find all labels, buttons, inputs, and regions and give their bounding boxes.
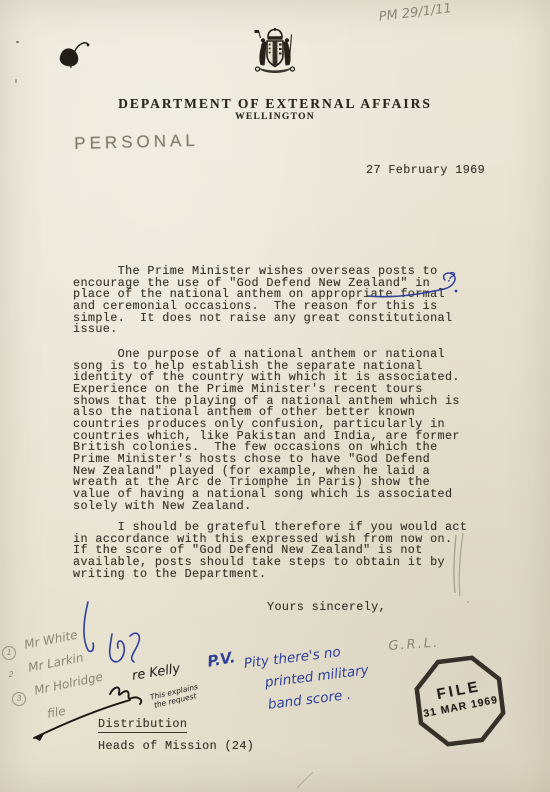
nz-coat-of-arms-icon xyxy=(245,28,305,82)
recipient-number-1-label: 1 xyxy=(7,648,11,657)
paragraph-2: One purpose of a national anthem or nati… xyxy=(73,349,460,512)
distribution-heading: Distribution xyxy=(98,719,187,731)
letter-page: PM 29/1/11 xyxy=(0,0,550,792)
grl-initials: G.R.L. xyxy=(388,635,440,654)
recipient-number-2-label: 2 xyxy=(9,670,13,679)
recipient-name-2: Mr Larkin xyxy=(27,650,85,674)
pm-reference-note: PM 29/1/11 xyxy=(378,1,453,25)
scan-speck xyxy=(16,41,19,43)
paragraph-3: I should be grateful therefore if you wo… xyxy=(73,522,467,580)
closing-line: Yours sincerely, xyxy=(267,602,386,614)
letter-date: 27 February 1969 xyxy=(366,165,485,177)
recipient-name-1: Mr White xyxy=(23,628,79,652)
distribution-heading-text: Distribution xyxy=(98,717,187,733)
ink-blot xyxy=(48,36,96,74)
blue-initials-signature xyxy=(75,596,147,670)
blue-note-line3: band score . xyxy=(267,687,352,713)
personal-stamp: PERSONAL xyxy=(74,131,199,154)
pencil-tick-mark xyxy=(293,770,317,790)
scan-speck xyxy=(15,79,17,83)
file-date-stamp: FILE 31 MAR 1969 xyxy=(409,651,511,752)
pv-initials: P.V. xyxy=(206,648,237,671)
letterhead-department: DEPARTMENT OF EXTERNAL AFFAIRS xyxy=(0,96,550,112)
pencil-margin-mark xyxy=(448,530,474,610)
recipient-number-2: 2 xyxy=(4,668,18,682)
recipient-number-1: 1 xyxy=(2,646,16,660)
letterhead-city: WELLINGTON xyxy=(0,112,550,122)
distribution-item: Heads of Mission (24) xyxy=(98,741,254,753)
